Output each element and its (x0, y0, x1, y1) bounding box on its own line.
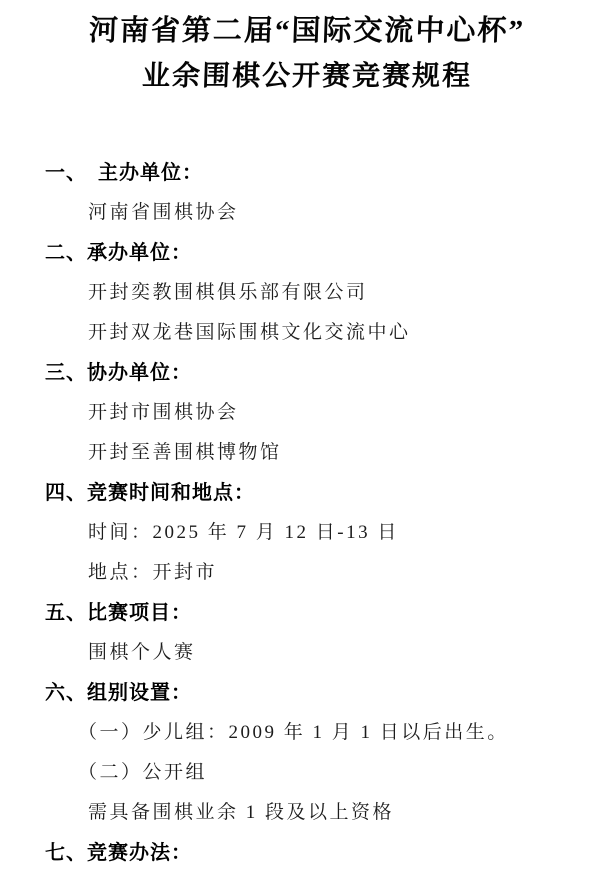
document-page: 河南省第二届“国际交流中心杯” 业余围棋公开赛竞赛规程 一、 主办单位： 河南省… (0, 0, 614, 896)
title-line-2: 业余围棋公开赛竞赛规程 (0, 54, 614, 100)
section-5-heading: 五、比赛项目： (0, 590, 614, 630)
section-5-item-1: 围棋个人赛 (0, 630, 614, 670)
section-6-item-3: 需具备围棋业余 1 段及以上资格 (0, 790, 614, 830)
section-3-heading: 三、协办单位： (0, 350, 614, 390)
section-1-item-1: 河南省围棋协会 (0, 190, 614, 230)
document-body: 一、 主办单位： 河南省围棋协会 二、承办单位： 开封奕教围棋俱乐部有限公司 开… (0, 150, 614, 870)
section-4-item-1: 时间：2025 年 7 月 12 日-13 日 (0, 510, 614, 550)
section-7-heading: 七、竞赛办法： (0, 830, 614, 870)
section-6-item-1: （一）少儿组：2009 年 1 月 1 日以后出生。 (0, 710, 614, 750)
section-3-item-2: 开封至善围棋博物馆 (0, 430, 614, 470)
section-3-item-1: 开封市围棋协会 (0, 390, 614, 430)
section-6-item-2: （二）公开组 (0, 750, 614, 790)
document-title: 河南省第二届“国际交流中心杯” 业余围棋公开赛竞赛规程 (0, 0, 614, 100)
section-2-heading: 二、承办单位： (0, 230, 614, 270)
section-4-heading: 四、竞赛时间和地点： (0, 470, 614, 510)
section-1-heading: 一、 主办单位： (0, 150, 614, 190)
section-2-item-1: 开封奕教围棋俱乐部有限公司 (0, 270, 614, 310)
section-6-heading: 六、组别设置： (0, 670, 614, 710)
section-4-item-2: 地点：开封市 (0, 550, 614, 590)
section-2-item-2: 开封双龙巷国际围棋文化交流中心 (0, 310, 614, 350)
title-line-1: 河南省第二届“国际交流中心杯” (0, 8, 614, 54)
